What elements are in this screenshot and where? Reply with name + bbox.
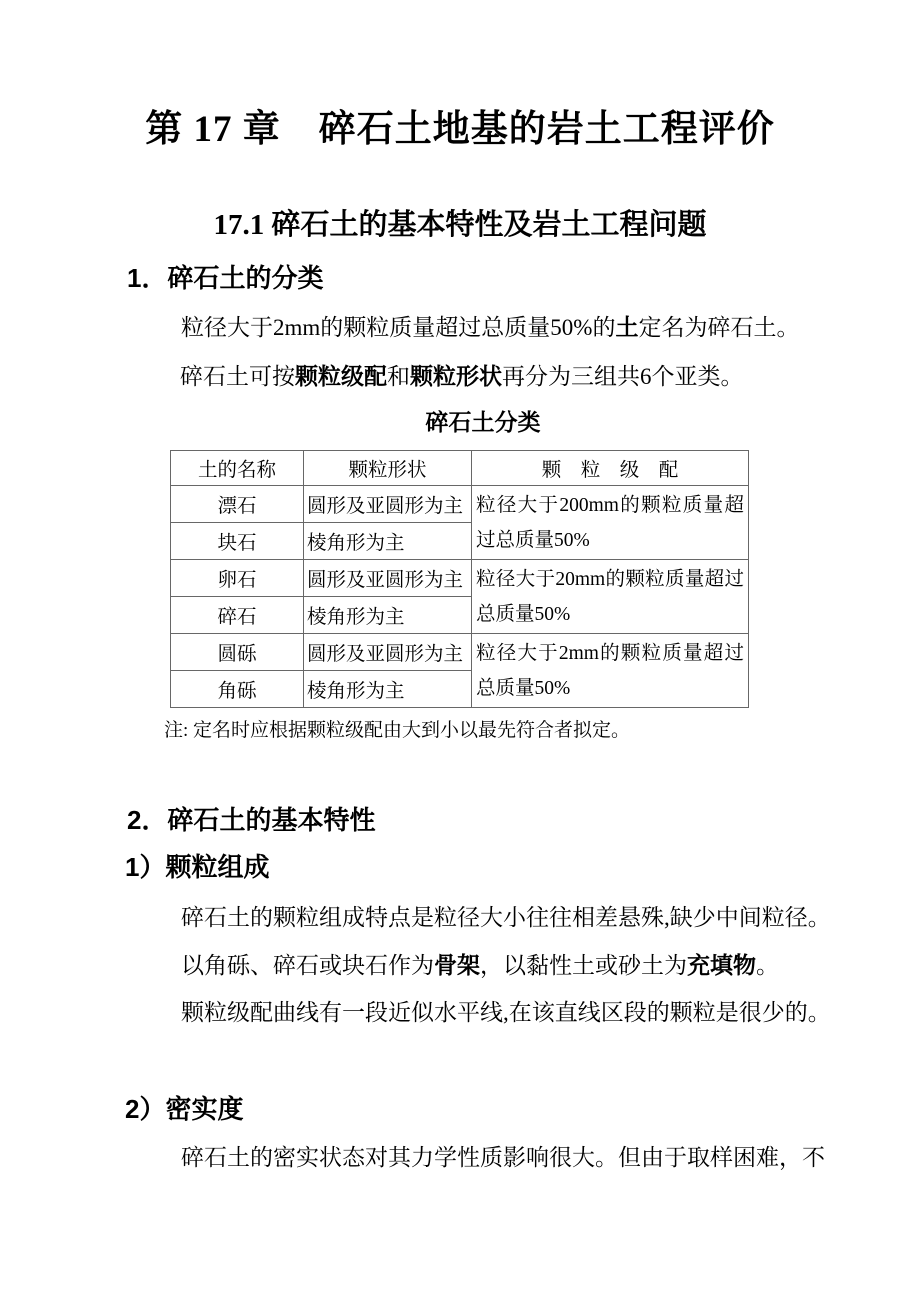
section-heading: 17.1 碎石土的基本特性及岩土工程问题 — [0, 209, 920, 242]
cell-gradation: 粒径大于200mm的颗粒质量超过总质量50% — [472, 486, 749, 560]
soil-classification-table: 土的名称 颗粒形状 颗 粒 级 配 漂石 圆形及亚圆形为主 粒径大于200mm的… — [170, 450, 749, 708]
paragraph-subclass-info: 碎石土可按颗粒级配和颗粒形状再分为三组共6个亚类。 — [180, 362, 744, 392]
paragraph-grain-composition-2: 以角砾、碎石或块石作为骨架，以黏性土或砂土为充填物。 — [181, 951, 779, 981]
heading-soil-classification: 1．碎石土的分类 — [127, 264, 323, 294]
cell-gradation: 粒径大于20mm的颗粒质量超过总质量50% — [472, 560, 749, 634]
table-row: 漂石 圆形及亚圆形为主 粒径大于200mm的颗粒质量超过总质量50% — [171, 486, 749, 523]
table-caption: 碎石土分类 — [0, 409, 920, 437]
paragraph-soil-definition: 粒径大于2mm的颗粒质量超过总质量50%的土定名为碎石土。 — [181, 313, 799, 343]
cell-soil-name: 碎石 — [171, 597, 304, 634]
cell-particle-shape: 圆形及亚圆形为主 — [304, 634, 472, 671]
col-header-soil-name: 土的名称 — [171, 451, 304, 486]
text-segment: ，以黏性土或砂土为 — [480, 953, 687, 978]
chapter-title: 第 17 章 碎石土地基的岩土工程评价 — [0, 110, 920, 151]
paragraph-grain-composition-1: 碎石土的颗粒组成特点是粒径大小往往相差悬殊,缺少中间粒径。 — [181, 904, 831, 933]
text-segment: 再分为三组共6个亚类。 — [502, 364, 744, 389]
heading-basic-characteristics: 2．碎石土的基本特性 — [127, 806, 375, 836]
table-row: 圆砾 圆形及亚圆形为主 粒径大于2mm的颗粒质量超过总质量50% — [171, 634, 749, 671]
cell-soil-name: 块石 — [171, 523, 304, 560]
table-note: 注: 定名时应根据颗粒级配由大到小以最先符合者拟定。 — [164, 719, 630, 743]
cell-soil-name: 角砾 — [171, 671, 304, 708]
bold-text-segment: 颗粒形状 — [410, 363, 502, 389]
cell-gradation: 粒径大于2mm的颗粒质量超过总质量50% — [472, 634, 749, 708]
bold-text-segment: 土 — [615, 314, 638, 340]
cell-soil-name: 卵石 — [171, 560, 304, 597]
text-segment: 碎石土可按 — [180, 364, 295, 389]
bold-text-segment: 骨架 — [434, 952, 480, 978]
text-segment: 和 — [387, 364, 410, 389]
text-segment: 粒径大于2mm的颗粒质量超过总质量50%的 — [181, 315, 615, 340]
cell-soil-name: 漂石 — [171, 486, 304, 523]
bold-text-segment: 颗粒级配 — [295, 363, 387, 389]
text-segment: 以角砾、碎石或块石作为 — [181, 953, 434, 978]
text-segment: 。 — [756, 953, 779, 978]
heading-density: 2）密实度 — [125, 1095, 243, 1125]
cell-soil-name: 圆砾 — [171, 634, 304, 671]
text-segment: 定名为碎石土。 — [638, 315, 799, 340]
paragraph-density-1: 碎石土的密实状态对其力学性质影响很大。但由于取样困难，不 — [181, 1144, 825, 1173]
table-row: 卵石 圆形及亚圆形为主 粒径大于20mm的颗粒质量超过总质量50% — [171, 560, 749, 597]
cell-particle-shape: 棱角形为主 — [304, 671, 472, 708]
bold-text-segment: 充填物 — [687, 952, 756, 978]
cell-particle-shape: 圆形及亚圆形为主 — [304, 486, 472, 523]
heading-grain-composition: 1）颗粒组成 — [125, 853, 269, 883]
table-header-row: 土的名称 颗粒形状 颗 粒 级 配 — [171, 451, 749, 486]
cell-particle-shape: 圆形及亚圆形为主 — [304, 560, 472, 597]
document-page: 第 17 章 碎石土地基的岩土工程评价 17.1 碎石土的基本特性及岩土工程问题… — [0, 0, 920, 1302]
cell-particle-shape: 棱角形为主 — [304, 597, 472, 634]
paragraph-grain-composition-3: 颗粒级配曲线有一段近似水平线,在该直线区段的颗粒是很少的。 — [181, 999, 831, 1028]
col-header-particle-shape: 颗粒形状 — [304, 451, 472, 486]
cell-particle-shape: 棱角形为主 — [304, 523, 472, 560]
col-header-gradation: 颗 粒 级 配 — [472, 451, 749, 486]
